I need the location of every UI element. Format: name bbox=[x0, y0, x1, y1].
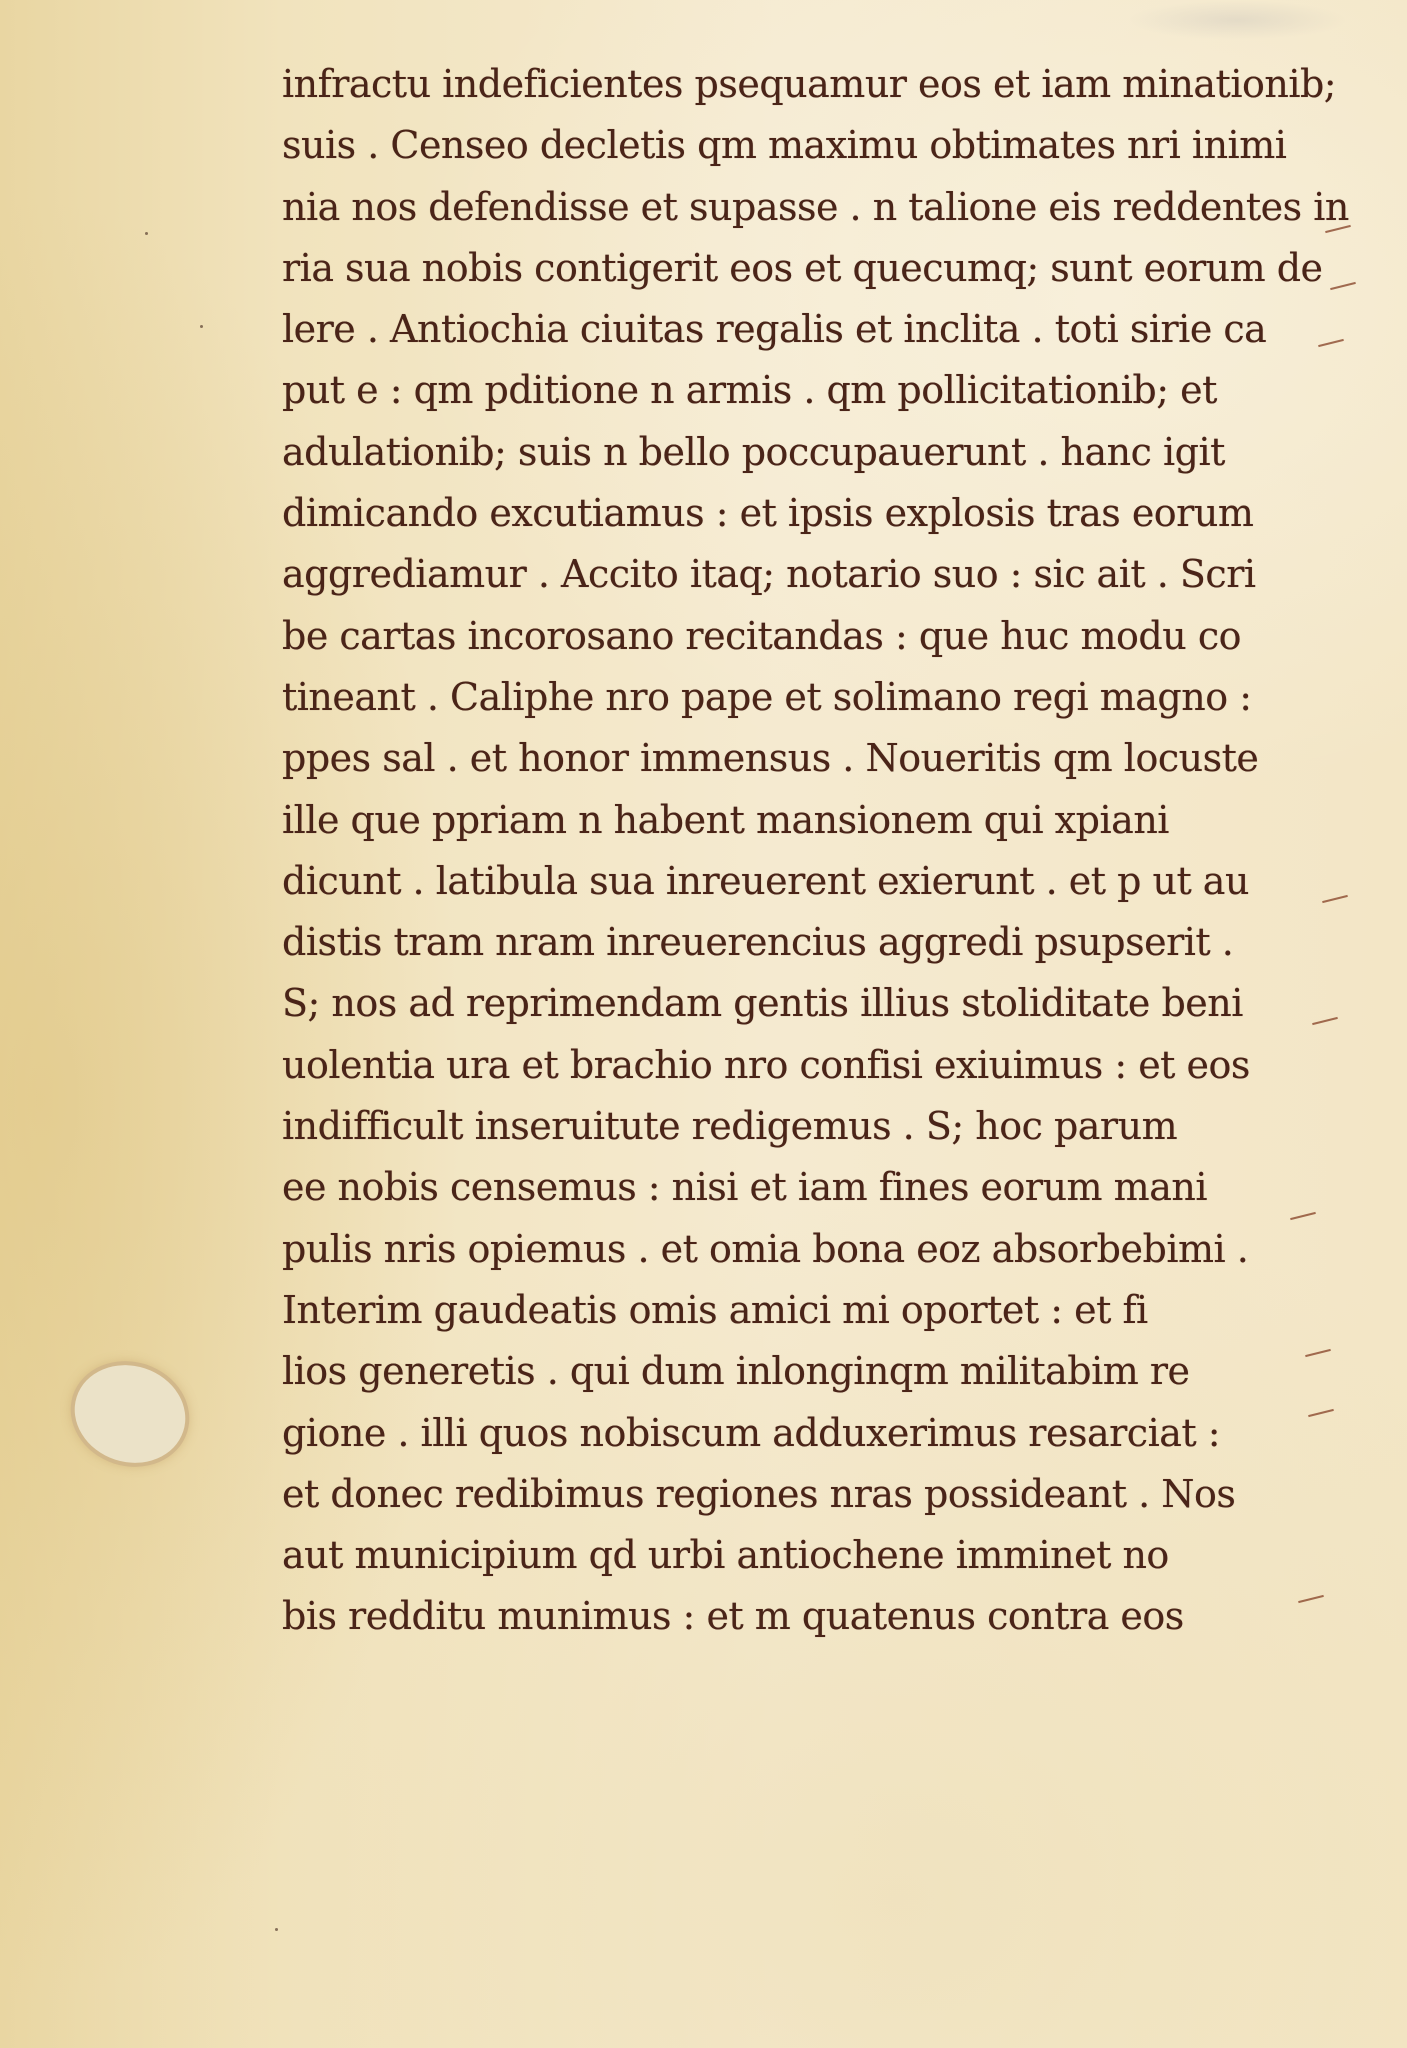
ink-bleed-through bbox=[1127, 0, 1347, 40]
manuscript-line: aggrediamur . Accito itaq; notario suo :… bbox=[282, 544, 1322, 605]
manuscript-line: nia nos defendisse et supasse . n talion… bbox=[282, 177, 1322, 238]
parchment-hole bbox=[57, 1346, 203, 1482]
manuscript-line: aut municipium qd urbi antiochene immine… bbox=[282, 1525, 1322, 1586]
margin-prick-mark bbox=[275, 1928, 278, 1931]
manuscript-line: pulis nris opiemus . et omia bona eoz ab… bbox=[282, 1219, 1322, 1280]
line-hyphen-mark bbox=[1318, 339, 1344, 347]
manuscript-line: dicunt . latibula sua inreuerent exierun… bbox=[282, 851, 1322, 912]
manuscript-folio: infractu indeficientes psequamur eos et … bbox=[0, 0, 1407, 2048]
manuscript-line: ille que ppriam n habent mansionem qui x… bbox=[282, 790, 1322, 851]
margin-prick-mark bbox=[145, 232, 148, 235]
manuscript-line: ria sua nobis contigerit eos et quecumq;… bbox=[282, 238, 1322, 299]
manuscript-line: lere . Antiochia ciuitas regalis et incl… bbox=[282, 299, 1322, 360]
manuscript-line: bis redditu munimus : et m quatenus cont… bbox=[282, 1586, 1322, 1647]
manuscript-line: distis tram nram inreuerencius aggredi p… bbox=[282, 912, 1322, 973]
manuscript-line: be cartas incorosano recitandas : que hu… bbox=[282, 606, 1322, 667]
manuscript-line: uolentia ura et brachio nro confisi exiu… bbox=[282, 1035, 1322, 1096]
manuscript-line: Interim gaudeatis omis amici mi oportet … bbox=[282, 1280, 1322, 1341]
manuscript-line: ppes sal . et honor immensus . Noueritis… bbox=[282, 728, 1322, 789]
manuscript-line: dimicando excutiamus : et ipsis explosis… bbox=[282, 483, 1322, 544]
manuscript-line: et donec redibimus regiones nras posside… bbox=[282, 1464, 1322, 1525]
manuscript-line: ee nobis censemus : nisi et iam fines eo… bbox=[282, 1157, 1322, 1218]
manuscript-line: suis . Censeo decletis qm maximu obtimat… bbox=[282, 115, 1322, 176]
manuscript-line: S; nos ad reprimendam gentis illius stol… bbox=[282, 973, 1322, 1034]
line-hyphen-mark bbox=[1322, 895, 1348, 903]
manuscript-line: tineant . Caliphe nro pape et solimano r… bbox=[282, 667, 1322, 728]
line-hyphen-mark bbox=[1330, 282, 1356, 290]
manuscript-text-block: infractu indeficientes psequamur eos et … bbox=[282, 54, 1322, 1648]
margin-prick-mark bbox=[200, 325, 203, 328]
manuscript-line: infractu indeficientes psequamur eos et … bbox=[282, 54, 1322, 115]
manuscript-line: adulationib; suis n bello poccupauerunt … bbox=[282, 422, 1322, 483]
manuscript-line: lios generetis . qui dum inlonginqm mili… bbox=[282, 1341, 1322, 1402]
manuscript-line: indifficult inseruitute redigemus . S; h… bbox=[282, 1096, 1322, 1157]
manuscript-line: gione . illi quos nobiscum adduxerimus r… bbox=[282, 1403, 1322, 1464]
manuscript-line: put e : qm pditione n armis . qm pollici… bbox=[282, 360, 1322, 421]
